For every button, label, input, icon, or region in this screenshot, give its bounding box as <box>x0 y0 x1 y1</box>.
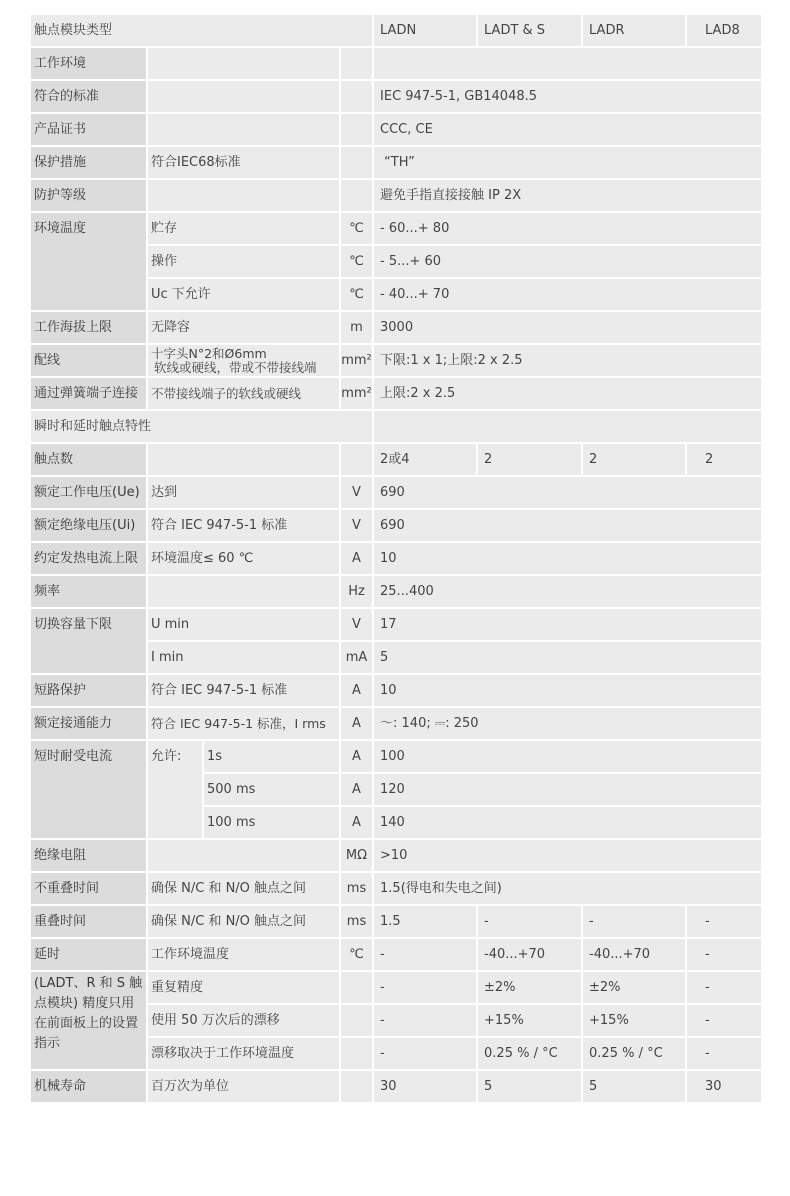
row-desc <box>147 113 340 146</box>
value-lad8: - <box>686 1037 762 1070</box>
row-desc: Uc 下允许 <box>147 278 340 311</box>
row-label: 约定发热电流上限 <box>30 542 147 575</box>
value-ladn: 1.5 <box>373 905 477 938</box>
row-value: 140 <box>373 806 762 839</box>
model-lad8: LAD8 <box>686 14 762 47</box>
row-value: - 60...+ 80 <box>373 212 762 245</box>
table-row: 延时 工作环境温度 ℃ - -40...+70 -40...+70 - <box>30 938 762 971</box>
row-label: 环境温度 <box>30 212 147 311</box>
row-desc: I min <box>147 641 340 674</box>
row-desc: 符合 IEC 947-5-1 标准 <box>147 674 340 707</box>
row-value <box>373 47 762 80</box>
row-value: 25...400 <box>373 575 762 608</box>
row-unit: V <box>340 608 373 641</box>
allow-label: 允许: <box>147 740 203 839</box>
table-row: 环境温度 贮存 ℃ - 60...+ 80 <box>30 212 762 245</box>
row-value: - 5...+ 60 <box>373 245 762 278</box>
row-value: 1.5(得电和失电之间) <box>373 872 762 905</box>
row-label: 配线 <box>30 344 147 377</box>
row-unit: ms <box>340 905 373 938</box>
row-desc: 工作环境温度 <box>147 938 340 971</box>
table-row: 短路保护 符合 IEC 947-5-1 标准 A 10 <box>30 674 762 707</box>
row-desc: 确保 N/C 和 N/O 触点之间 <box>147 872 340 905</box>
row-label: 符合的标准 <box>30 80 147 113</box>
row-value: 上限:2 x 2.5 <box>373 377 762 410</box>
row-desc: 操作 <box>147 245 340 278</box>
row-unit: ℃ <box>340 278 373 311</box>
table-row: (LADT、R 和 S 触点模块) 精度只用在前面板上的设置指示 重复精度 - … <box>30 971 762 1004</box>
table-row: 额定绝缘电压(Ui) 符合 IEC 947-5-1 标准 V 690 <box>30 509 762 542</box>
row-label: 延时 <box>30 938 147 971</box>
row-unit <box>340 1037 373 1070</box>
table-row: 产品证书 CCC, CE <box>30 113 762 146</box>
value-ladt-s: ±2% <box>477 971 582 1004</box>
table-row: 短时耐受电流 允许: 1s A 100 <box>30 740 762 773</box>
value-ladn: - <box>373 1004 477 1037</box>
table-row: 不重叠时间 确保 N/C 和 N/O 触点之间 ms 1.5(得电和失电之间) <box>30 872 762 905</box>
value-lad8: - <box>686 971 762 1004</box>
row-desc: 确保 N/C 和 N/O 触点之间 <box>147 905 340 938</box>
row-label: 工作海拔上限 <box>30 311 147 344</box>
value-lad8: - <box>686 1004 762 1037</box>
row-unit <box>340 80 373 113</box>
row-value: 5 <box>373 641 762 674</box>
row-unit: mA <box>340 641 373 674</box>
table-row: 机械寿命 百万次为单位 30 5 5 30 <box>30 1070 762 1103</box>
table-row: 触点数 2或4 2 2 2 <box>30 443 762 476</box>
value-ladt-s: 0.25 % / °C <box>477 1037 582 1070</box>
row-unit: A <box>340 542 373 575</box>
row-unit: A <box>340 674 373 707</box>
model-ladr: LADR <box>582 14 686 47</box>
row-label: 重叠时间 <box>30 905 147 938</box>
row-value: 100 <box>373 740 762 773</box>
row-desc <box>147 179 340 212</box>
value-ladr: +15% <box>582 1004 686 1037</box>
row-value: 690 <box>373 476 762 509</box>
wiring-desc-line2: 软线或硬线，带或不带接线端 <box>151 361 339 375</box>
value-ladt-s: +15% <box>477 1004 582 1037</box>
row-label: 绝缘电阻 <box>30 839 147 872</box>
value-ladt-s: -40...+70 <box>477 938 582 971</box>
row-value: 3000 <box>373 311 762 344</box>
row-desc: 漂移取决于工作环境温度 <box>147 1037 340 1070</box>
section-title: 瞬时和延时触点特性 <box>30 410 373 443</box>
row-desc: 100 ms <box>203 806 340 839</box>
row-label: 触点数 <box>30 443 147 476</box>
row-unit: m <box>340 311 373 344</box>
row-desc <box>147 47 340 80</box>
row-value: 17 <box>373 608 762 641</box>
value-ladt-s: 2 <box>477 443 582 476</box>
row-unit: A <box>340 773 373 806</box>
row-unit: A <box>340 806 373 839</box>
row-value: 10 <box>373 542 762 575</box>
value-lad8: - <box>686 938 762 971</box>
table-row: 频率 Hz 25...400 <box>30 575 762 608</box>
value-ladn: 30 <box>373 1070 477 1103</box>
row-desc: 环境温度≤ 60 ℃ <box>147 542 340 575</box>
model-ladn: LADN <box>373 14 477 47</box>
row-desc: U min <box>147 608 340 641</box>
row-desc <box>147 80 340 113</box>
row-label: 短路保护 <box>30 674 147 707</box>
table-row: 切换容量下限 U min V 17 <box>30 608 762 641</box>
row-value: “TH” <box>373 146 762 179</box>
model-ladt-s: LADT & S <box>477 14 582 47</box>
table-row: 保护措施 符合IEC68标准 “TH” <box>30 146 762 179</box>
row-unit <box>340 1070 373 1103</box>
row-unit: A <box>340 707 373 740</box>
table-row: 绝缘电阻 MΩ >10 <box>30 839 762 872</box>
row-desc <box>147 575 340 608</box>
row-unit: V <box>340 476 373 509</box>
value-ladr: - <box>582 905 686 938</box>
value-ladr: ±2% <box>582 971 686 1004</box>
row-desc: 500 ms <box>203 773 340 806</box>
row-label: 切换容量下限 <box>30 608 147 674</box>
row-label: 不重叠时间 <box>30 872 147 905</box>
row-value: 690 <box>373 509 762 542</box>
row-label: 通过弹簧端子连接 <box>30 377 147 410</box>
table-row: 额定工作电压(Ue) 达到 V 690 <box>30 476 762 509</box>
table-row: 约定发热电流上限 环境温度≤ 60 ℃ A 10 <box>30 542 762 575</box>
row-unit <box>340 146 373 179</box>
row-desc: 符合 IEC 947-5-1 标准 <box>147 509 340 542</box>
value-ladr: 0.25 % / °C <box>582 1037 686 1070</box>
row-label: 频率 <box>30 575 147 608</box>
table-row: 符合的标准 IEC 947-5-1, GB14048.5 <box>30 80 762 113</box>
row-desc: 无降容 <box>147 311 340 344</box>
row-unit <box>340 443 373 476</box>
row-label: 保护措施 <box>30 146 147 179</box>
row-unit: ℃ <box>340 938 373 971</box>
row-unit: A <box>340 740 373 773</box>
row-unit: mm² <box>340 344 373 377</box>
row-label: 机械寿命 <box>30 1070 147 1103</box>
row-desc: 重复精度 <box>147 971 340 1004</box>
value-ladr: -40...+70 <box>582 938 686 971</box>
row-unit: ℃ <box>340 212 373 245</box>
value-lad8: 2 <box>686 443 762 476</box>
row-unit: ms <box>340 872 373 905</box>
value-lad8: 30 <box>686 1070 762 1103</box>
row-label: 产品证书 <box>30 113 147 146</box>
row-label: 工作环境 <box>30 47 147 80</box>
row-value: ～: 140; ⎓: 250 <box>373 707 762 740</box>
row-desc <box>147 443 340 476</box>
row-desc: 百万次为单位 <box>147 1070 340 1103</box>
value-ladn: - <box>373 938 477 971</box>
spec-table: 触点模块类型 LADN LADT & S LADR LAD8 工作环境 符合的标… <box>29 13 763 1104</box>
table-row: 防护等级 避免手指直接接触 IP 2X <box>30 179 762 212</box>
row-unit: ℃ <box>340 245 373 278</box>
row-unit: Hz <box>340 575 373 608</box>
row-desc: 贮存 <box>147 212 340 245</box>
row-desc: 符合IEC68标准 <box>147 146 340 179</box>
table-row: 工作环境 <box>30 47 762 80</box>
table-row: 工作海拔上限 无降容 m 3000 <box>30 311 762 344</box>
row-unit: V <box>340 509 373 542</box>
row-label: 额定工作电压(Ue) <box>30 476 147 509</box>
value-ladn: - <box>373 971 477 1004</box>
value-ladr: 2 <box>582 443 686 476</box>
table-row: 通过弹簧端子连接 不带接线端子的软线或硬线 mm² 上限:2 x 2.5 <box>30 377 762 410</box>
value-lad8: - <box>686 905 762 938</box>
row-desc: 使用 50 万次后的漂移 <box>147 1004 340 1037</box>
header-title: 触点模块类型 <box>30 14 373 47</box>
header-row: 触点模块类型 LADN LADT & S LADR LAD8 <box>30 14 762 47</box>
row-unit <box>340 179 373 212</box>
row-desc: 1s <box>203 740 340 773</box>
table-row: 配线 十字头N°2和Ø6mm 软线或硬线，带或不带接线端 mm² 下限:1 x … <box>30 344 762 377</box>
row-value <box>373 410 762 443</box>
row-desc: 十字头N°2和Ø6mm 软线或硬线，带或不带接线端 <box>147 344 340 377</box>
value-ladr: 5 <box>582 1070 686 1103</box>
row-label: 额定绝缘电压(Ui) <box>30 509 147 542</box>
row-unit: mm² <box>340 377 373 410</box>
row-value: 下限:1 x 1;上限:2 x 2.5 <box>373 344 762 377</box>
table-row: 额定接通能力 符合 IEC 947-5-1 标准，I rms A ～: 140;… <box>30 707 762 740</box>
row-unit <box>340 971 373 1004</box>
row-value: 120 <box>373 773 762 806</box>
row-unit <box>340 47 373 80</box>
row-value: 避免手指直接接触 IP 2X <box>373 179 762 212</box>
section-row: 瞬时和延时触点特性 <box>30 410 762 443</box>
row-desc: 符合 IEC 947-5-1 标准，I rms <box>147 707 340 740</box>
row-value: IEC 947-5-1, GB14048.5 <box>373 80 762 113</box>
table-row: 重叠时间 确保 N/C 和 N/O 触点之间 ms 1.5 - - - <box>30 905 762 938</box>
value-ladn: 2或4 <box>373 443 477 476</box>
row-label: 短时耐受电流 <box>30 740 147 839</box>
row-label: 防护等级 <box>30 179 147 212</box>
row-label: 额定接通能力 <box>30 707 147 740</box>
row-value: 10 <box>373 674 762 707</box>
wiring-desc-line1: 十字头N°2和Ø6mm <box>151 347 339 361</box>
row-desc: 不带接线端子的软线或硬线 <box>147 377 340 410</box>
row-value: CCC, CE <box>373 113 762 146</box>
row-value: - 40...+ 70 <box>373 278 762 311</box>
row-unit <box>340 113 373 146</box>
row-label: (LADT、R 和 S 触点模块) 精度只用在前面板上的设置指示 <box>30 971 147 1070</box>
row-unit: MΩ <box>340 839 373 872</box>
row-desc <box>147 839 340 872</box>
value-ladt-s: 5 <box>477 1070 582 1103</box>
value-ladn: - <box>373 1037 477 1070</box>
row-desc: 达到 <box>147 476 340 509</box>
row-unit <box>340 1004 373 1037</box>
row-value: >10 <box>373 839 762 872</box>
value-ladt-s: - <box>477 905 582 938</box>
